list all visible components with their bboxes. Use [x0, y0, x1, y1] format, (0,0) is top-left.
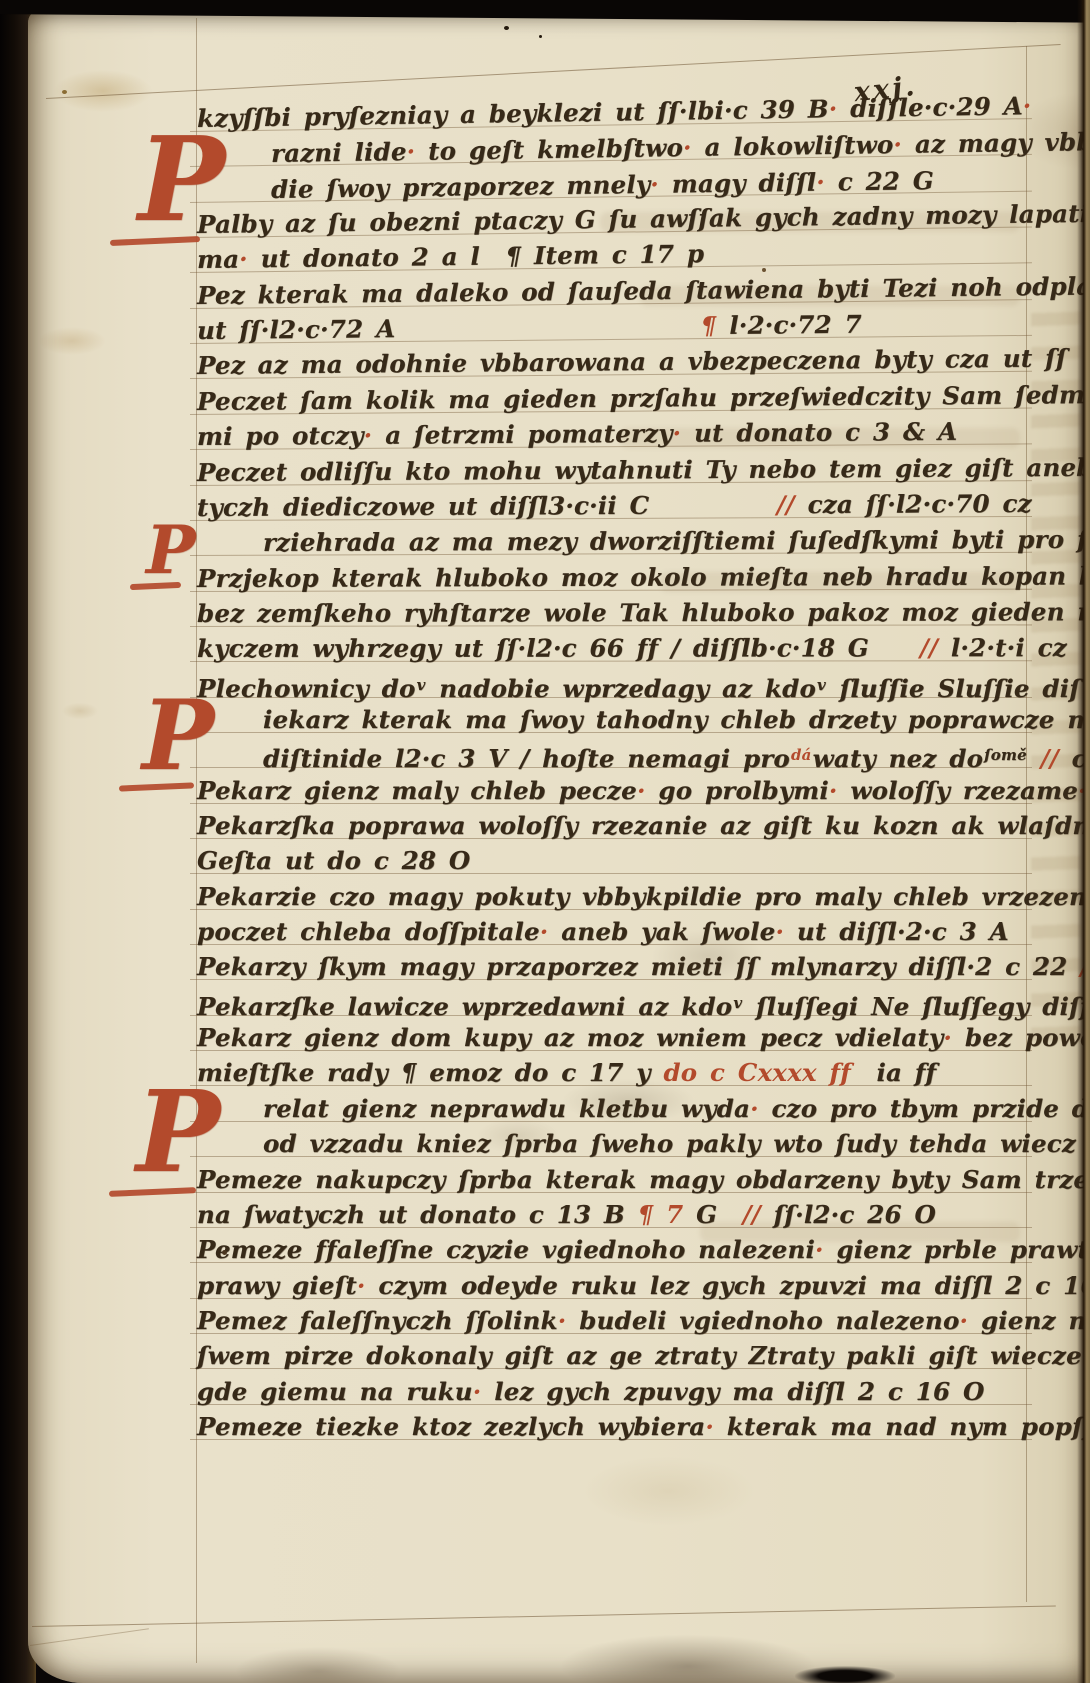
- ink-text: czo pro tbym przide do roka: [759, 1094, 1090, 1123]
- manuscript-line: od vzzadu kniez ſprba ſweho pakly wto ſu…: [263, 1129, 1090, 1159]
- rubric-text: dá: [791, 746, 812, 764]
- rubric-text: ·: [829, 776, 838, 805]
- manuscript-line: Plechownicy dov nadobie wprzedagy az kdo…: [197, 670, 1090, 704]
- ink-text: bez zemſkeho ryhſtarze wole Tak hluboko …: [197, 597, 1090, 628]
- initial-glyph: P: [146, 511, 196, 589]
- manuscript-line: Pemeze nakupczy ſprba kterak magy obdarz…: [197, 1165, 1090, 1195]
- ink-text: c 22 G: [825, 166, 934, 196]
- ink-text: Pekarzie czo magy pokuty vbbykpildie pro…: [197, 882, 1090, 911]
- ink-text: tyczh diediczowe ut diſſl3·c·ii C: [197, 491, 649, 522]
- ink-text: ſſ·l2·c 26 O: [761, 1200, 936, 1229]
- ink-text: woloſſy rzezame: [838, 776, 1078, 805]
- manuscript-line: ma· ut donato 2 a l ¶ Item c 17 p: [197, 240, 704, 276]
- manuscript-line: iekarz kterak ma ſwoy tahodny chleb drze…: [263, 705, 1090, 735]
- ink-text: Peczet odliſſu kto mohu wytahnuti Ty neb…: [197, 452, 1090, 486]
- ink-text: ſwem pirze dokonaly giſt az ge ztraty Zt…: [197, 1341, 1082, 1370]
- rubric-text: ·: [637, 776, 646, 805]
- ink-text: relat gienz neprawdu kletbu wyda: [263, 1094, 750, 1123]
- ink-text: waty nez do: [813, 744, 984, 773]
- manuscript-line: gde giemu na ruku· lez gych zpuvgy ma di…: [197, 1377, 984, 1407]
- ink-text: ut diſſl·2·c 3 A: [784, 917, 1009, 946]
- ink-speck: [222, 1250, 227, 1255]
- ink-text: ut ſſ·l2·c·72 A: [197, 314, 396, 345]
- ink-text: Pekarz gienz dom kupy az moz wniem pecz …: [197, 1023, 943, 1052]
- ink-text: ut donato c 3 & A: [681, 417, 957, 448]
- rubric-text: ·: [828, 94, 837, 123]
- manuscript-line: kyczem wyhrzegy ut ſſ·l2·c 66 ff / diſſl…: [197, 633, 1067, 664]
- ink-text: Pemeze tiezke ktoz zezlych wybiera: [197, 1412, 705, 1441]
- ink-text: v: [417, 676, 426, 694]
- manuscript-line: rziehrada az ma mezy dworziſſtiemi ſuſed…: [263, 525, 1090, 559]
- ink-text: ¶: [505, 242, 521, 271]
- rubric-text: //: [777, 490, 795, 519]
- initial-glyph: P: [136, 1067, 220, 1198]
- ink-text: A: [1003, 91, 1023, 120]
- ink-text: mi po otczy: [197, 421, 364, 451]
- rubric-text: ·: [473, 1377, 482, 1406]
- initial-glyph: P: [142, 679, 214, 792]
- ink-text: Pemez faleſſnyczh ſſolink: [197, 1306, 558, 1335]
- ink-text: rziehrada az ma mezy dworziſſtiemi ſuſed…: [263, 525, 1090, 557]
- ink-text: Pekarz gienz maly chleb pecze: [197, 776, 637, 805]
- ink-text: die ſwoy przaporzez mnely: [271, 170, 651, 204]
- manuscript-line: bez zemſkeho ryhſtarze wole Tak hluboko …: [197, 597, 1090, 629]
- ink-text: magy diſſl: [659, 167, 817, 198]
- ink-text: Pemeze nakupczy ſprba kterak magy obdarz…: [197, 1165, 1090, 1194]
- rubric-text: ·: [960, 1306, 969, 1335]
- manuscript-line: Pekarzſke lawicze wprzedawni az kdov ſlu…: [197, 988, 1090, 1022]
- manuscript-line: poczet chleba doſſpitale· aneb yak ſwole…: [197, 917, 1009, 947]
- ink-speck: [539, 35, 542, 38]
- illuminated-initial: P: [136, 1088, 220, 1178]
- stain-speck: [762, 268, 766, 272]
- ink-text: Geſta ut do c 28 O: [197, 846, 470, 875]
- manuscript-line: Pemeze tiezke ktoz zezlych wybiera· kter…: [197, 1412, 1090, 1442]
- ink-text: v: [817, 676, 826, 694]
- ink-text: Plechownicy do: [197, 674, 416, 703]
- ink-text: Pekarzy ſkym magy przaporzez mieti ſſ ml…: [197, 952, 1067, 981]
- ink-text: Item c 17 p: [521, 240, 704, 271]
- manuscript-line: prawy gieſt· czym odeyde ruku lez gych z…: [197, 1271, 1090, 1301]
- ink-text: razni lide: [271, 137, 407, 168]
- ink-text: prawy gieſt: [197, 1271, 357, 1300]
- ink-text: a lokowliſtwo: [692, 130, 894, 162]
- ink-text: mieſtſke rady ¶ emoz do c 17 y: [197, 1058, 663, 1087]
- rubric-text: ·: [750, 1094, 759, 1123]
- manuscript-line: mieſtſke rady ¶ emoz do c 17 y do c Cxxx…: [197, 1058, 936, 1088]
- manuscript-line: Peczet odliſſu kto mohu wytahnuti Ty neb…: [197, 452, 1090, 487]
- ink-text: ſomě: [984, 746, 1027, 764]
- rubric-text: ·: [357, 1271, 366, 1300]
- rubric-text: //: [920, 634, 938, 663]
- rubric-text: ·: [1023, 91, 1032, 120]
- manuscript-line: Pekarzſka poprawa woloſſy rzezanie az gi…: [197, 811, 1090, 841]
- ink-text: Pekarzſka poprawa woloſſy rzezanie az gi…: [197, 811, 1090, 840]
- ink-text: go prolbymi: [646, 776, 829, 805]
- rubric-text: ¶ 7: [638, 1200, 697, 1229]
- ink-text: az magy vbbykpil: [902, 127, 1090, 160]
- ink-text: [395, 311, 701, 343]
- manuscript-line: Pekarzie czo magy pokuty vbbykpildie pro…: [197, 882, 1090, 912]
- ink-text: nadobie wprzedagy az kdo: [426, 674, 816, 703]
- page-bottom-notch: [795, 1666, 895, 1683]
- rubric-text: ·: [705, 1412, 714, 1441]
- rubric-text: ·: [943, 1023, 952, 1052]
- ink-text: ut donato 2 a l: [248, 242, 506, 274]
- rubric-text: ·: [815, 1235, 824, 1264]
- ink-text: diſtinide l2·c 3 V / hoſte nemagi pro: [263, 744, 790, 773]
- illuminated-initial: P: [142, 698, 214, 775]
- ink-text: gienz prble prawtba: [824, 1235, 1090, 1264]
- manuscript-line: Pemez faleſſnyczh ſſolink· budeli vgiedn…: [197, 1306, 1090, 1336]
- ink-text: B: [808, 94, 829, 123]
- ink-text: cza ſſ·l2·c·70 cz: [795, 489, 1032, 519]
- ink-text: Pekarzſke lawicze wprzedawni az kdo: [197, 992, 732, 1021]
- manuscript-line: Geſta ut do c 28 O: [197, 846, 470, 876]
- manuscript-line: ſwem pirze dokonaly giſt az ge ztraty Zt…: [197, 1341, 1082, 1371]
- ink-text: gde giemu na ruku: [197, 1377, 473, 1406]
- ink-text: v: [733, 994, 742, 1012]
- rubric-text: ·: [816, 167, 825, 196]
- ink-text: diſſle·c·29: [837, 92, 1004, 124]
- manuscript-line: Przjekop kterak hluboko moz okolo mieſta…: [197, 561, 1090, 594]
- ink-text: czym odeyde ruku lez gych zpuvzi ma diſſ…: [366, 1271, 1090, 1300]
- ink-text: [1028, 744, 1041, 773]
- ink-text: budeli vgiednoho nalezeno: [566, 1306, 959, 1335]
- ink-text: bez powolenie: [952, 1023, 1090, 1052]
- illuminated-initial: P: [138, 134, 225, 227]
- ink-text: iekarz kterak ma ſwoy tahodny chleb drze…: [263, 705, 1090, 734]
- rubric-text: ¶: [701, 311, 717, 340]
- illuminated-initial: P: [146, 524, 196, 577]
- rubric-text: //: [743, 1200, 761, 1229]
- manuscript-line: mi po otczy· a ſetrzmi pomaterzy· ut don…: [197, 417, 957, 452]
- ink-text: Przjekop kterak hluboko moz okolo mieſta…: [197, 561, 1090, 593]
- manuscript-line: Pemeze ffaleſſne czyzie vgiednoho naleze…: [197, 1235, 1090, 1265]
- ink-text: ia ff: [851, 1058, 936, 1087]
- rubric-text: ·: [775, 917, 784, 946]
- ink-text: l·2·c·72 7: [716, 310, 862, 340]
- ink-text: kterak ma nad nym popſſe byti: [714, 1412, 1090, 1441]
- manuscript-line: relat gienz neprawdu kletbu wyda· czo pr…: [263, 1094, 1090, 1124]
- ink-text: ma: [197, 245, 240, 274]
- ink-text: poczet chleba doſſpitale: [197, 917, 540, 946]
- rubric-text: //: [1041, 744, 1059, 773]
- ink-text: na ſwatyczh ut donato c 13 B: [197, 1200, 638, 1229]
- ink-text: kyczem wyhrzegy ut ſſ·l2·c 66 ff / diſſl…: [197, 634, 869, 664]
- ink-text: l·2·t·i cz: [938, 633, 1067, 662]
- manuscript-line: diſtinide l2·c 3 V / hoſte nemagi prodáw…: [263, 740, 1090, 774]
- manuscript-line: Pekarzy ſkym magy przaporzez mieti ſſ ml…: [197, 952, 1090, 982]
- ink-text: [869, 634, 920, 663]
- rubric-text: ·: [683, 133, 692, 162]
- manuscript-line: tyczh diediczowe ut diſſl3·c·ii C // cza…: [197, 489, 1032, 523]
- ink-text: [649, 490, 776, 520]
- ink-text: Pemeze ffaleſſne czyzie vgiednoho naleze…: [197, 1235, 815, 1264]
- stain-speck: [62, 90, 67, 94]
- manuscript-line: Pekarz gienz dom kupy az moz wniem pecz …: [197, 1023, 1090, 1053]
- ink-text: to geſt kmelbſtwo: [415, 133, 683, 166]
- page-right-edge: [1077, 0, 1090, 1683]
- manuscript-line: na ſwatyczh ut donato c 13 B ¶ 7 G // ſſ…: [197, 1200, 936, 1230]
- ink-text: ſluſſie Sluſſie diſ: [827, 674, 1080, 703]
- rubric-text: ·: [540, 917, 549, 946]
- ink-text: gienz na: [968, 1306, 1090, 1335]
- manuscript-photo: xxj. kzyſſbi pryſezniay a beyklezi ut ſſ…: [0, 0, 1090, 1683]
- manuscript-line: Pekarz gienz maly chleb pecze· go prolby…: [197, 776, 1090, 806]
- ink-text: G: [696, 1200, 743, 1229]
- ink-text: ſluſſegi Ne ſluſſegy diſſl 2 c i l: [743, 992, 1090, 1021]
- ink-speck: [504, 26, 509, 30]
- ink-text: lez gych zpuvgy ma diſſl 2 c 16 O: [482, 1377, 985, 1406]
- initial-glyph: P: [138, 112, 225, 248]
- ink-text: od vzzadu kniez ſprba ſweho pakly wto ſu…: [263, 1129, 1090, 1158]
- ink-text: aneb yak ſwole: [549, 917, 776, 946]
- ink-text: a ſetrzmi pomaterzy: [372, 419, 672, 450]
- rubric-text: ·: [239, 245, 248, 274]
- rubric-text: do c Cxxxx ff: [663, 1058, 851, 1087]
